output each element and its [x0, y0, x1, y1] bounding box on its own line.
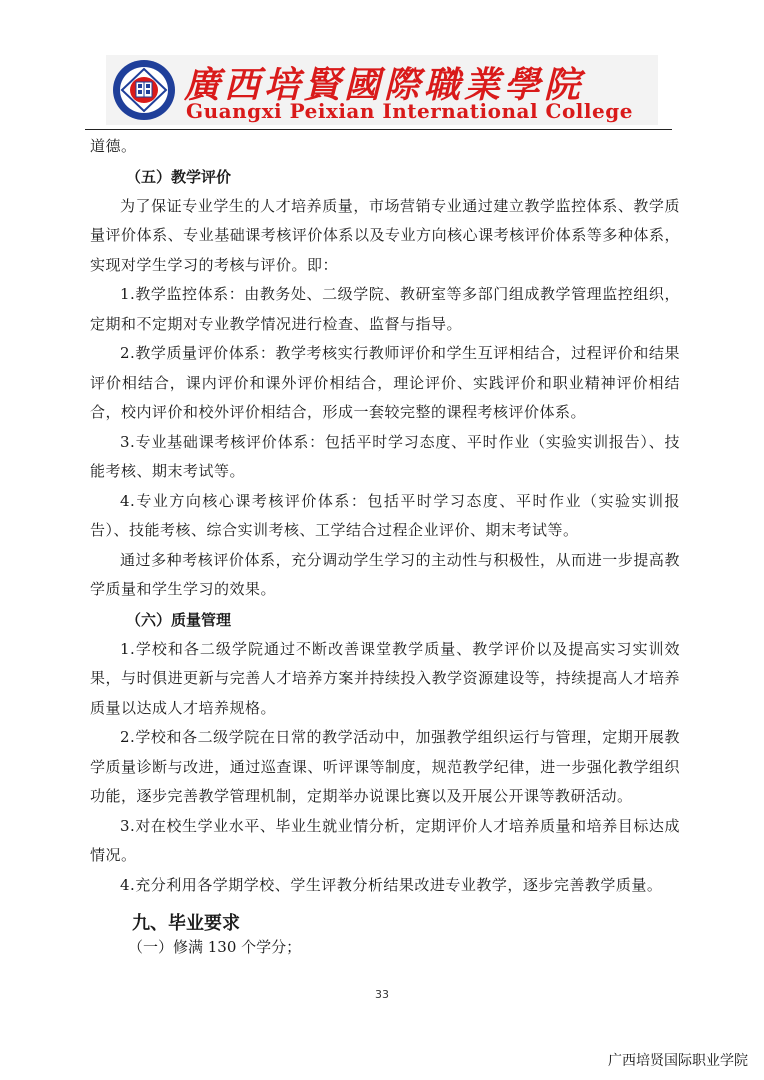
- college-logo-icon: [112, 58, 176, 122]
- college-name-en: Guangxi Peixian International College: [186, 99, 633, 123]
- header-divider: [85, 129, 672, 130]
- section-heading-teaching-evaluation: （五）教学评价: [90, 162, 680, 192]
- list-item: 3.专业基础课考核评价体系：包括平时学习态度、平时作业（实验实训报告）、技能考核…: [90, 428, 680, 487]
- page-number: 33: [0, 988, 764, 1001]
- paragraph-intro: 为了保证专业学生的人才培养质量，市场营销专业通过建立教学监控体系、教学质量评价体…: [90, 192, 680, 281]
- list-item: 3.对在校生学业水平、毕业生就业情分析，定期评价人才培养质量和培养目标达成情况。: [90, 812, 680, 871]
- list-item: 2.学校和各二级学院在日常的教学活动中，加强教学组织运行与管理，定期开展教学质量…: [90, 723, 680, 812]
- list-item: （一）修满 130 个学分；: [90, 936, 680, 958]
- header-banner: 廣西培賢國際職業學院 Guangxi Peixian International…: [106, 55, 658, 125]
- section-heading-graduation-requirements: 九、毕业要求: [90, 912, 680, 936]
- footer-institution: 广西培贤国际职业学院: [608, 1050, 748, 1070]
- list-item: 1.教学监控体系：由教务处、二级学院、教研室等多部门组成教学管理监控组织，定期和…: [90, 280, 680, 339]
- section-heading-quality-management: （六）质量管理: [90, 605, 680, 635]
- continuation-text: 道德。: [90, 132, 680, 162]
- document-body: 道德。 （五）教学评价 为了保证专业学生的人才培养质量，市场营销专业通过建立教学…: [90, 132, 680, 958]
- list-item: 2.教学质量评价体系：教学考核实行教师评价和学生互评相结合，过程评价和结果评价相…: [90, 339, 680, 428]
- paragraph-conclusion: 通过多种考核评价体系，充分调动学生学习的主动性与积极性，从而进一步提高教学质量和…: [90, 546, 680, 605]
- list-item: 1.学校和各二级学院通过不断改善课堂教学质量、教学评价以及提高实习实训效果，与时…: [90, 635, 680, 724]
- list-item: 4.充分利用各学期学校、学生评教分析结果改进专业教学，逐步完善教学质量。: [90, 871, 680, 901]
- list-item: 4.专业方向核心课考核评价体系：包括平时学习态度、平时作业（实验实训报告）、技能…: [90, 487, 680, 546]
